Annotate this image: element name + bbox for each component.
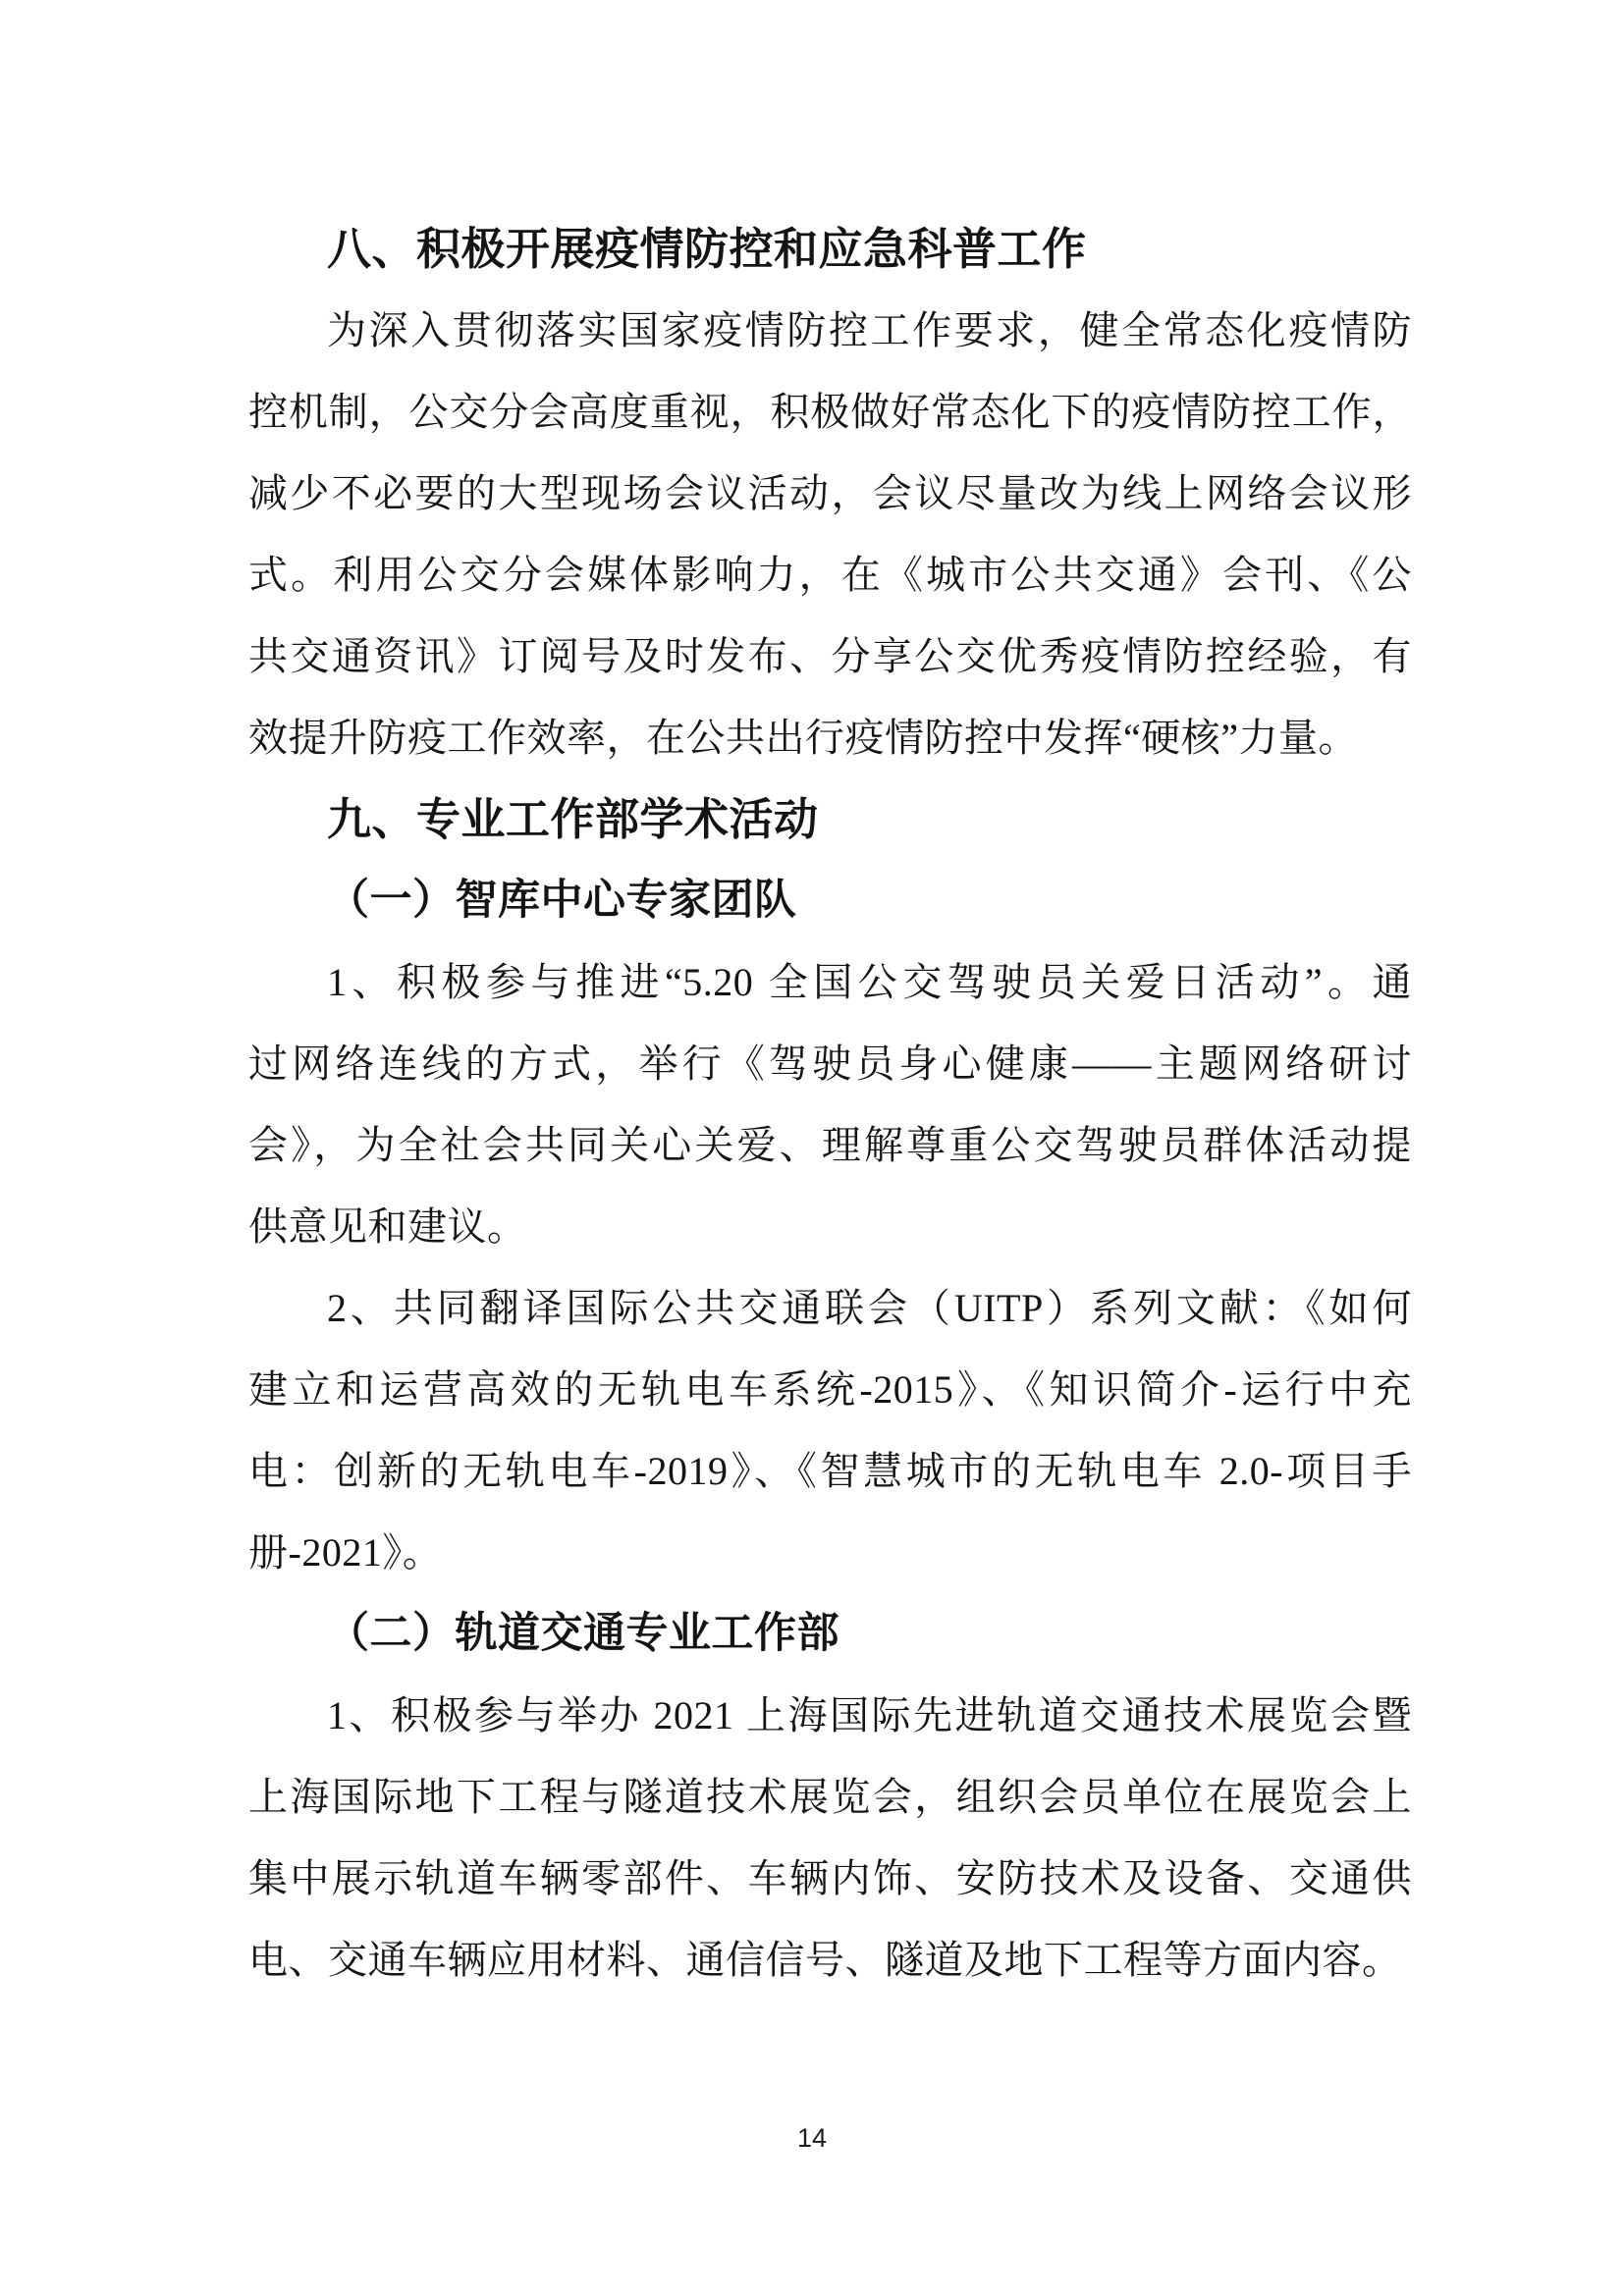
text-line: 式。利用公交分会媒体影响力，在《城市公共交通》会刊、《公	[248, 534, 1412, 615]
text-line: 过网络连线的方式，举行《驾驶员身心健康——主题网络研讨	[248, 1023, 1412, 1104]
text-line: 效提升防疫工作效率，在公共出行疫情防控中发挥“硬核”力量。	[248, 697, 1412, 778]
text-line: 上海国际地下工程与隧道技术展览会，组织会员单位在展览会上	[248, 1756, 1412, 1838]
text-line: 1、积极参与举办 2021 上海国际先进轨道交通技术展览会暨	[248, 1675, 1412, 1756]
section-9-heading: 九、专业工作部学术活动	[248, 778, 1412, 860]
subsection-2-heading: （二）轨道交通专业工作部	[248, 1593, 1412, 1675]
text-line: 会》，为全社会共同关心关爱、理解尊重公交驾驶员群体活动提	[248, 1104, 1412, 1186]
text-line: 册-2021》。	[248, 1512, 1412, 1593]
text-line: 为深入贯彻落实国家疫情防控工作要求，健全常态化疫情防	[248, 290, 1412, 371]
text-line: 减少不必要的大型现场会议活动，会议尽量改为线上网络会议形	[248, 453, 1412, 534]
text-line: 集中展示轨道车辆零部件、车辆内饰、安防技术及设备、交通供	[248, 1838, 1412, 1919]
page-number: 14	[0, 2118, 1624, 2158]
text-line: 建立和运营高效的无轨电车系统-2015》、《知识简介-运行中充	[248, 1349, 1412, 1430]
text-line: 供意见和建议。	[248, 1186, 1412, 1267]
text-line: 2、共同翻译国际公共交通联会（UITP）系列文献：《如何	[248, 1267, 1412, 1349]
text-line: 1、积极参与推进“5.20 全国公交驾驶员关爱日活动”。通	[248, 941, 1412, 1023]
text-line: 电、交通车辆应用材料、通信信号、隧道及地下工程等方面内容。	[248, 1919, 1412, 2001]
section-8-heading: 八、积极开展疫情防控和应急科普工作	[248, 208, 1412, 290]
text-line: 控机制，公交分会高度重视，积极做好常态化下的疫情防控工作，	[248, 371, 1412, 453]
document-content: 八、积极开展疫情防控和应急科普工作 为深入贯彻落实国家疫情防控工作要求，健全常态…	[248, 208, 1412, 2001]
text-line: 共交通资讯》订阅号及时发布、分享公交优秀疫情防控经验，有	[248, 615, 1412, 697]
text-line: 电：创新的无轨电车-2019》、《智慧城市的无轨电车 2.0-项目手	[248, 1430, 1412, 1512]
subsection-1-heading: （一）智库中心专家团队	[248, 860, 1412, 941]
document-page: 八、积极开展疫情防控和应急科普工作 为深入贯彻落实国家疫情防控工作要求，健全常态…	[0, 0, 1624, 2296]
